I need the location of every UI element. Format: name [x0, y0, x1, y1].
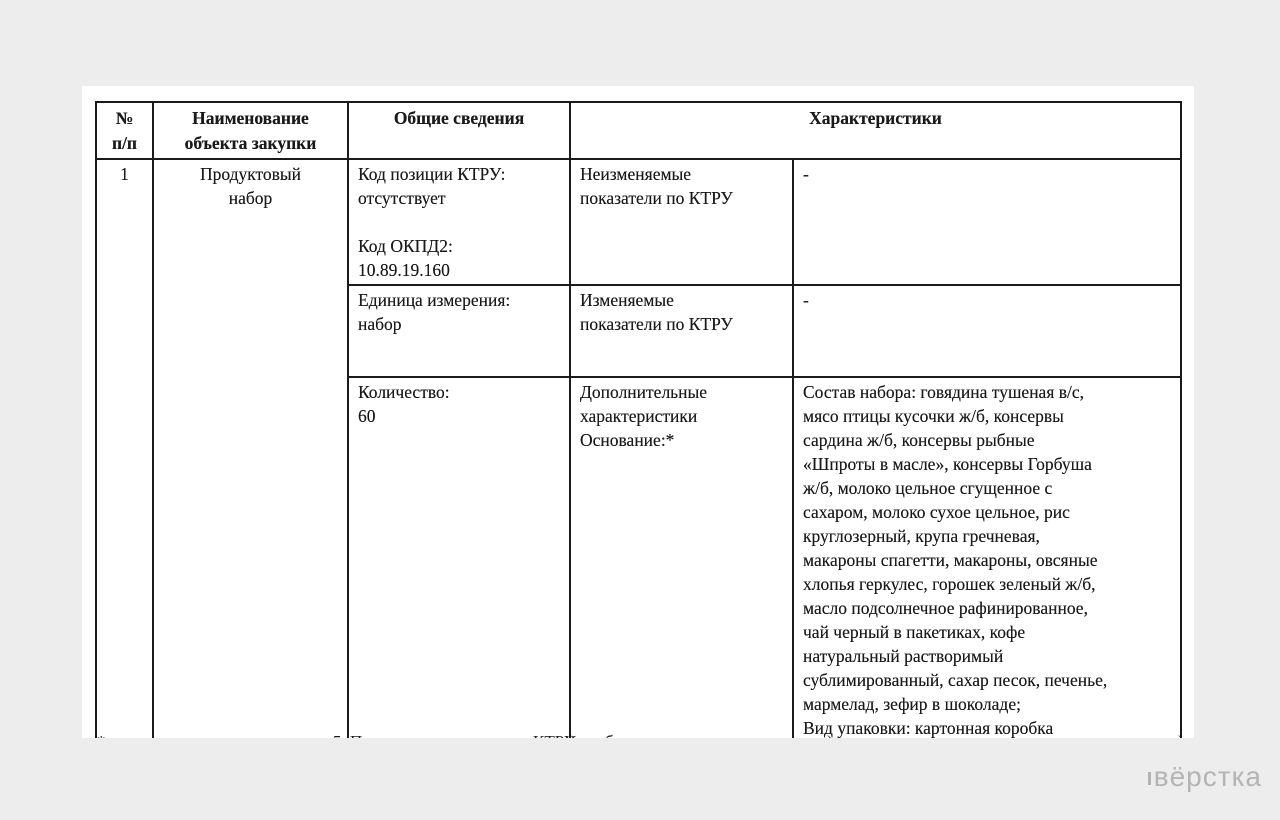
cell-set-composition: Состав набора: говядина тушеная в/с, мяс… — [793, 377, 1181, 738]
verstka-logo-mark — [1148, 772, 1151, 785]
col-header-characteristics: Характеристики — [570, 102, 1181, 159]
cell-changeable-indicators-value: - — [793, 285, 1181, 377]
cell-quantity: Количество: 60 — [348, 377, 570, 738]
table-row-sub1: 1 Продуктовый набор Код позиции КТРУ: от… — [96, 159, 1181, 285]
document-page: № п/п Наименование объекта закупки Общие… — [82, 86, 1194, 738]
cell-unchangeable-indicators-label: Неизменяемые показатели по КТРУ — [570, 159, 793, 285]
verstka-watermark: вёрстка — [1148, 761, 1262, 793]
cell-unchangeable-indicators-value: - — [793, 159, 1181, 285]
footnote-fragment: 5. П — [333, 729, 362, 738]
cell-ktru-code: Код позиции КТРУ: отсутствует Код ОКПД2:… — [348, 159, 570, 285]
cell-additional-characteristics-label: Дополнительные характеристики Основание:… — [570, 377, 793, 738]
footnote-fragment: б — [605, 729, 614, 738]
footnote-clipped-line: * 5. П КТРУ ) б ) ) — [95, 729, 1180, 738]
viewer-background: № п/п Наименование объекта закупки Общие… — [0, 0, 1280, 820]
cell-changeable-indicators-label: Изменяемые показатели по КТРУ — [570, 285, 793, 377]
cell-object-name: Продуктовый набор — [153, 159, 348, 738]
col-header-general-info: Общие сведения — [348, 102, 570, 159]
footnote-fragment: ) — [1178, 729, 1180, 738]
cell-measure-unit: Единица измерения: набор — [348, 285, 570, 377]
cell-row-number: 1 — [96, 159, 153, 738]
col-header-num: № п/п — [96, 102, 153, 159]
table-header-row: № п/п Наименование объекта закупки Общие… — [96, 102, 1181, 159]
col-header-object-name: Наименование объекта закупки — [153, 102, 348, 159]
watermark-text: вёрстка — [1154, 761, 1262, 793]
footnote-fragment: ) — [570, 729, 576, 738]
footnote-fragment: * — [97, 729, 106, 738]
footnote-fragment: ) — [827, 729, 833, 738]
procurement-table: № п/п Наименование объекта закупки Общие… — [95, 101, 1182, 738]
